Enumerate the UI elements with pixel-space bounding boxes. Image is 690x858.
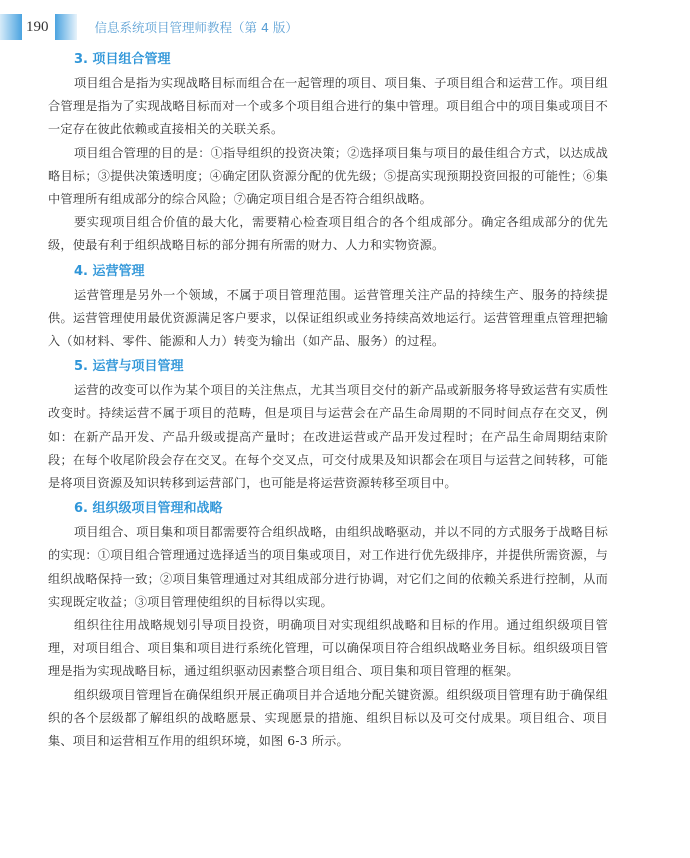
- paragraph: 要实现项目组合价值的最大化，需要精心检查项目组合的各个组成部分。确定各组成部分的…: [48, 211, 608, 257]
- paragraph: 项目组合、项目集和项目都需要符合组织战略，由组织战略驱动，并以不同的方式服务于战…: [48, 521, 608, 614]
- section-operations-management: 4. 运营管理 运营管理是另外一个领域，不属于项目管理范围。运营管理关注产品的持…: [48, 260, 608, 354]
- header-accent-bar-left: [0, 14, 22, 40]
- section-heading: 5. 运营与项目管理: [48, 355, 608, 379]
- paragraph: 运营管理是另外一个领域，不属于项目管理范围。运营管理关注产品的持续生产、服务的持…: [48, 284, 608, 354]
- page-header: 190 信息系统项目管理师教程（第 4 版）: [0, 14, 690, 40]
- running-title: 信息系统项目管理师教程（第 4 版）: [95, 18, 298, 36]
- paragraph: 组织往往用战略规划引导项目投资，明确项目对实现组织战略和目标的作用。通过组织级项…: [48, 614, 608, 684]
- paragraph: 组织级项目管理旨在确保组织开展正确项目并合适地分配关键资源。组织级项目管理有助于…: [48, 684, 608, 754]
- section-operations-and-project-management: 5. 运营与项目管理 运营的改变可以作为某个项目的关注焦点，尤其当项目交付的新产…: [48, 355, 608, 495]
- section-heading: 6. 组织级项目管理和战略: [48, 497, 608, 521]
- section-opm-and-strategy: 6. 组织级项目管理和战略 项目组合、项目集和项目都需要符合组织战略，由组织战略…: [48, 497, 608, 753]
- page-number: 190: [26, 19, 49, 36]
- header-accent-bar-right: [55, 14, 77, 40]
- paragraph: 项目组合管理的目的是：①指导组织的投资决策；②选择项目集与项目的最佳组合方式，以…: [48, 142, 608, 212]
- paragraph: 项目组合是指为实现战略目标而组合在一起管理的项目、项目集、子项目组合和运营工作。…: [48, 72, 608, 142]
- section-heading: 4. 运营管理: [48, 260, 608, 284]
- paragraph: 运营的改变可以作为某个项目的关注焦点，尤其当项目交付的新产品或新服务将导致运营有…: [48, 379, 608, 495]
- page-body: 3. 项目组合管理 项目组合是指为实现战略目标而组合在一起管理的项目、项目集、子…: [48, 48, 608, 753]
- section-heading: 3. 项目组合管理: [48, 48, 608, 72]
- section-portfolio-management: 3. 项目组合管理 项目组合是指为实现战略目标而组合在一起管理的项目、项目集、子…: [48, 48, 608, 258]
